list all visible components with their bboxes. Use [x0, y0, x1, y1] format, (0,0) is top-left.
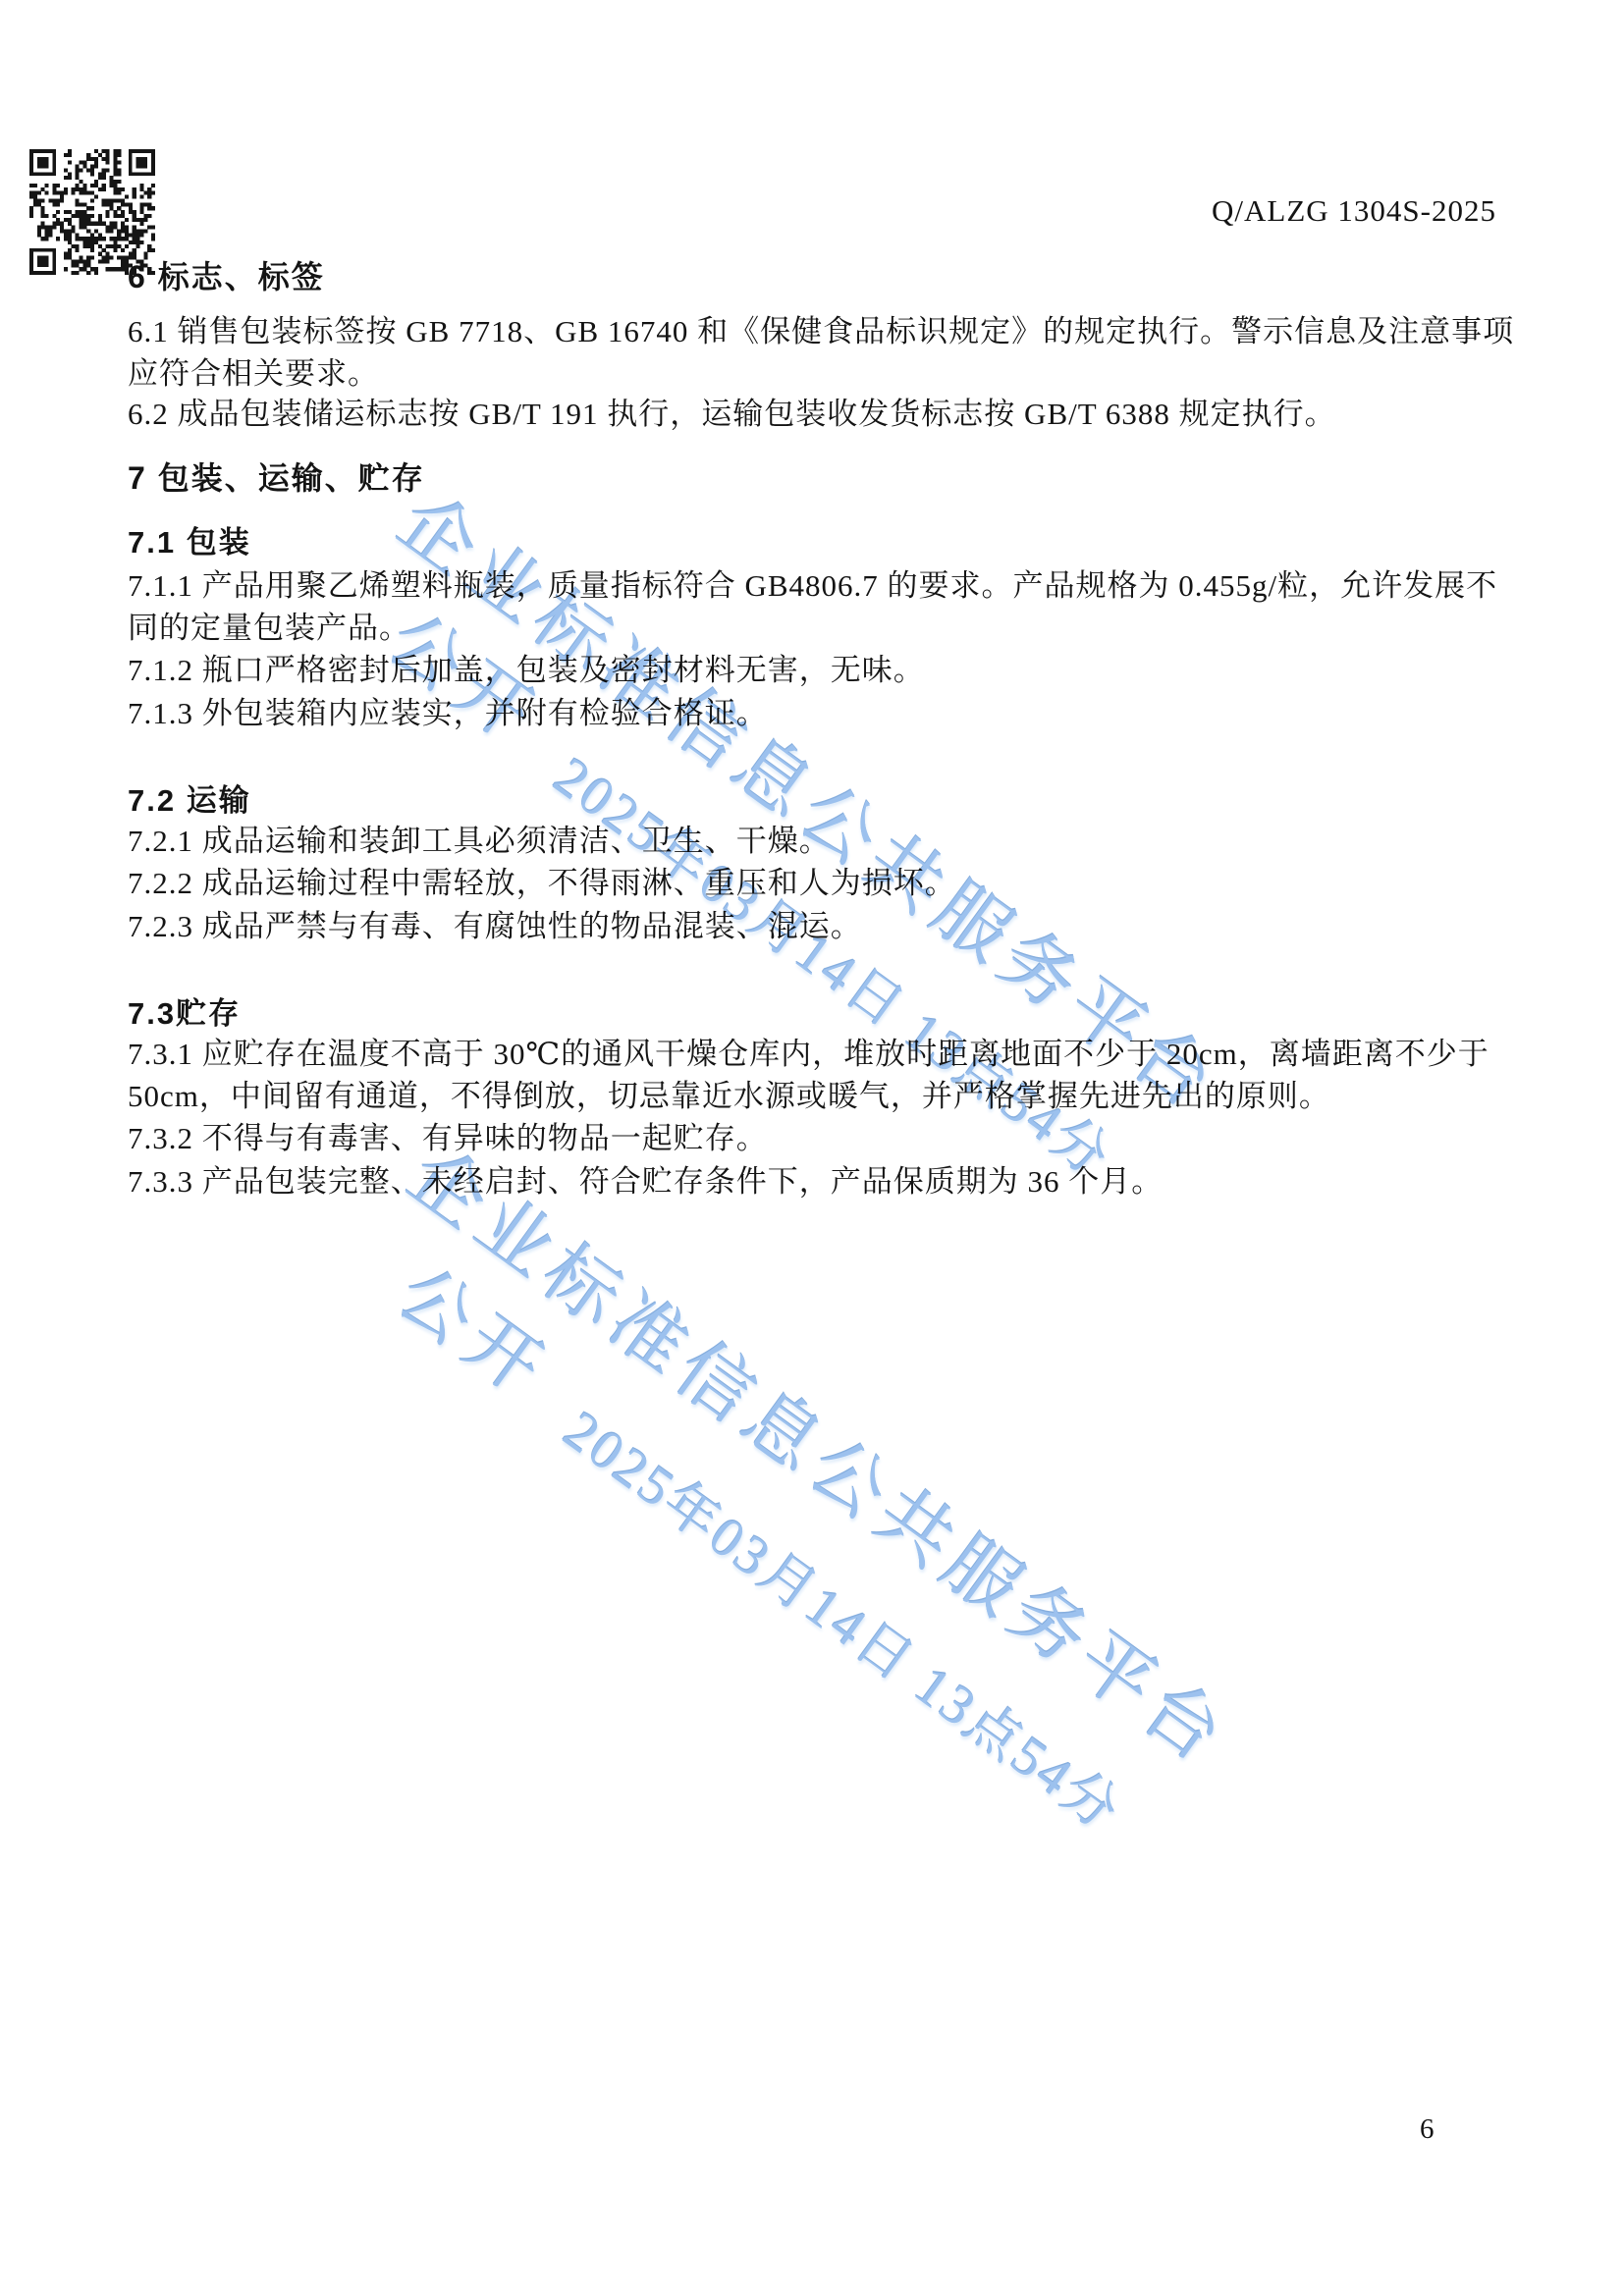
- section-heading: 6 标志、标签: [128, 257, 325, 296]
- paragraph-line: 7.3.3 产品包装完整、未经启封、符合贮存条件下，产品保质期为 36 个月。: [128, 1162, 1163, 1201]
- paragraph-line: 6.1 销售包装标签按 GB 7718、GB 16740 和《保健食品标识规定》…: [128, 312, 1514, 351]
- paragraph-line: 7.3.1 应贮存在温度不高于 30℃的通风干燥仓库内，堆放时距离地面不少于 2…: [128, 1035, 1489, 1074]
- doc-code: Q/ALZG 1304S-2025: [1212, 193, 1496, 229]
- paragraph-line: 6.2 成品包装储运标志按 GB/T 191 执行，运输包装收发货标志按 GB/…: [128, 395, 1336, 434]
- section-heading: 7 包装、运输、贮存: [128, 458, 425, 498]
- qr-code: [29, 149, 155, 275]
- page-number: 6: [1420, 2113, 1435, 2146]
- document-page: Q/ALZG 1304S-2025 6 标志、标签 6.1 销售包装标签按 GB…: [0, 0, 1624, 2296]
- watermark-block-lower: 企业标准信息公共服务平台 公开 2025年03月14日 13点54分: [336, 1137, 1240, 1861]
- qr-code-graphic: [29, 149, 155, 275]
- paragraph-line: 7.1.1 产品用聚乙烯塑料瓶装，质量指标符合 GB4806.7 的要求。产品规…: [128, 566, 1497, 606]
- section-heading: 7.2 运输: [128, 781, 251, 821]
- section-heading: 7.1 包装: [128, 523, 251, 562]
- watermark-platform-text: 企业标准信息公共服务平台: [396, 1137, 1240, 1779]
- paragraph-line: 应符合相关要求。: [128, 354, 379, 394]
- section-heading: 7.3贮存: [128, 994, 241, 1034]
- watermark-second-row: 公开 2025年03月14日 13点54分: [336, 1221, 1179, 1861]
